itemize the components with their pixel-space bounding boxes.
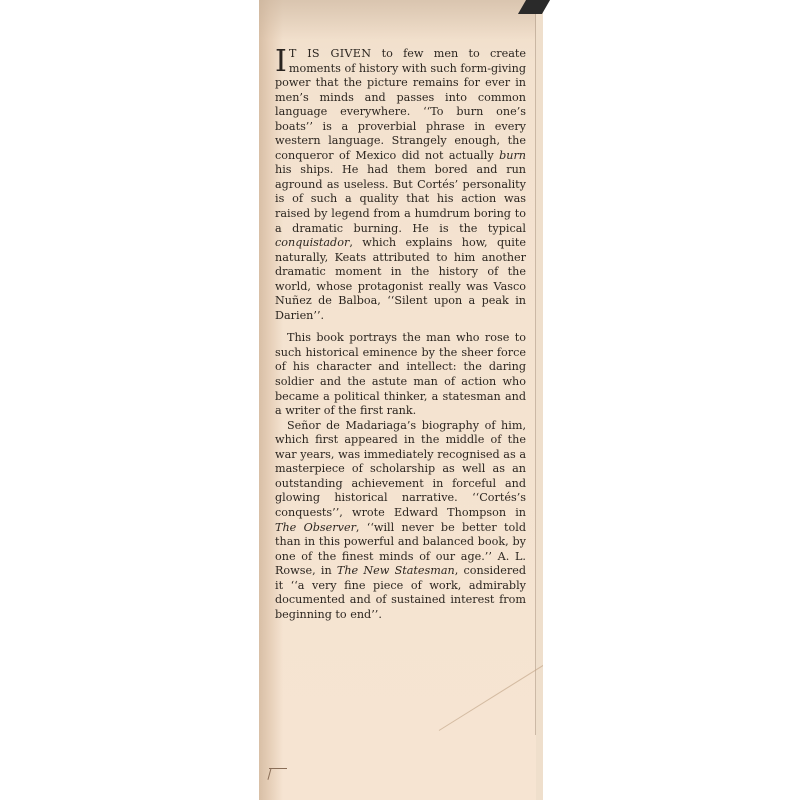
italic-run: burn xyxy=(499,149,526,162)
text-run: his ships. He had them bored and run agr… xyxy=(275,163,526,234)
drop-cap: I xyxy=(275,49,287,75)
text-run: Señor de Madariaga’s biography of him, w… xyxy=(275,419,526,519)
paragraph-3: Señor de Madariaga’s biography of him, w… xyxy=(275,419,526,623)
lead-in: T IS GIVEN xyxy=(289,47,372,60)
italic-run: The New Statesman xyxy=(337,564,455,577)
paragraph-2: This book portrays the man who rose to s… xyxy=(275,331,526,418)
paper-tear xyxy=(269,768,287,769)
text-run: This book portrays the man who rose to s… xyxy=(275,331,526,417)
diagonal-crease xyxy=(439,656,543,731)
text-run: to few men to create moments of history … xyxy=(275,47,526,162)
top-edge-shadow xyxy=(259,0,543,40)
book-jacket-flap: IT IS GIVEN to few men to create moments… xyxy=(259,0,543,800)
italic-run: conquistador xyxy=(275,236,349,249)
paragraph-1: IT IS GIVEN to few men to create moments… xyxy=(275,47,526,323)
flap-fold-line xyxy=(535,0,536,735)
blurb-text: IT IS GIVEN to few men to create moments… xyxy=(275,47,526,622)
flap-fold-edge xyxy=(536,0,543,800)
italic-run: The Observer xyxy=(275,521,356,534)
